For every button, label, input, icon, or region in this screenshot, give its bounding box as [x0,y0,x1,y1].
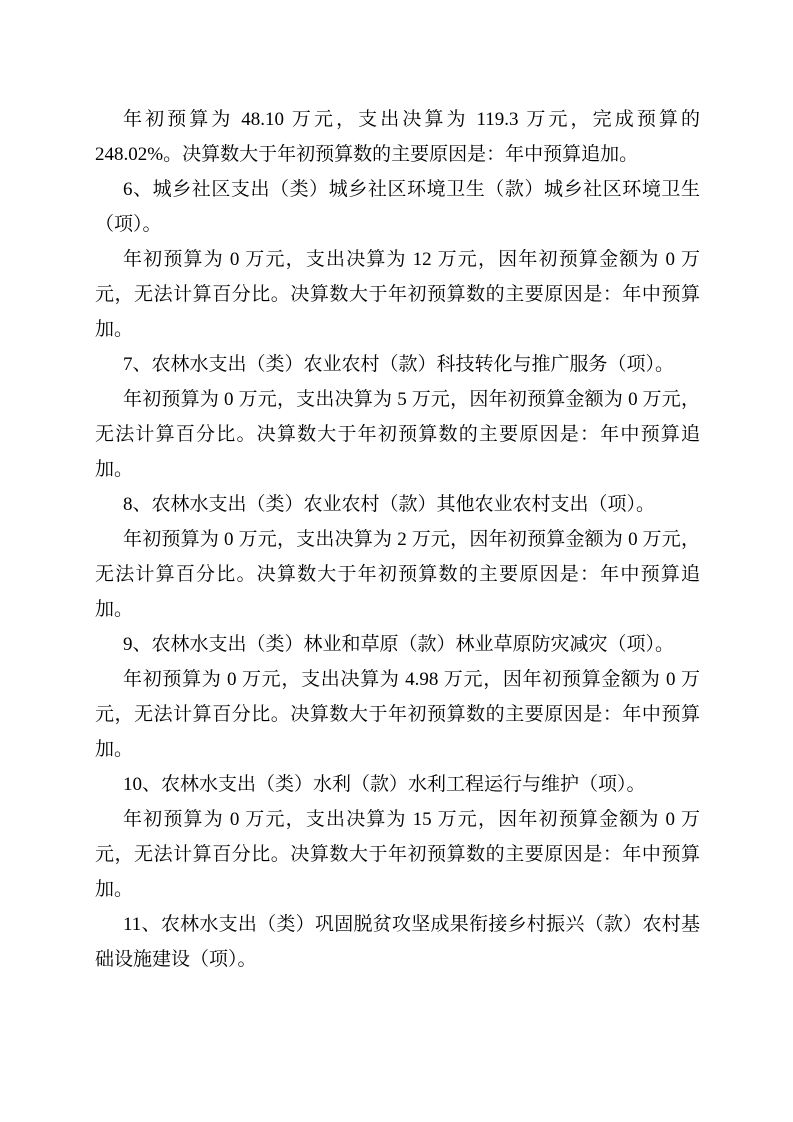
text-line: 元，无法计算百分比。决算数大于年初预算数的主要原因是：年中预算追 [95,697,700,732]
body-paragraph: 年初预算为 0 万元，支出决算为 4.98 万元，因年初预算金额为 0 万元，无… [95,662,700,767]
body-paragraph: 年初预算为 48.10 万元，支出决算为 119.3 万元，完成预算的248.0… [95,102,700,172]
text-line: 9、农林水支出（类）林业和草原（款）林业草原防灾减灾（项）。 [95,627,700,662]
body-paragraph: 年初预算为 0 万元，支出决算为 2 万元，因年初预算金额为 0 万元，无法计算… [95,522,700,627]
text-line: 元，无法计算百分比。决算数大于年初预算数的主要原因是：年中预算追 [95,837,700,872]
text-line: 7、农林水支出（类）农业农村（款）科技转化与推广服务（项）。 [95,347,700,382]
text-line: （项）。 [95,207,700,242]
text-line: 年初预算为 48.10 万元，支出决算为 119.3 万元，完成预算的 [95,102,700,137]
text-line: 年初预算为 0 万元，支出决算为 4.98 万元，因年初预算金额为 0 万 [95,662,700,697]
text-line: 加。 [95,592,700,627]
text-line: 础设施建设（项）。 [95,942,700,977]
text-line: 11、农林水支出（类）巩固脱贫攻坚成果衔接乡村振兴（款）农村基 [95,907,700,942]
text-line: 8、农林水支出（类）农业农村（款）其他农业农村支出（项）。 [95,487,700,522]
section-heading-paragraph: 11、农林水支出（类）巩固脱贫攻坚成果衔接乡村振兴（款）农村基础设施建设（项）。 [95,907,700,977]
text-line: 加。 [95,312,700,347]
section-heading-paragraph: 9、农林水支出（类）林业和草原（款）林业草原防灾减灾（项）。 [95,627,700,662]
section-heading-paragraph: 8、农林水支出（类）农业农村（款）其他农业农村支出（项）。 [95,487,700,522]
text-line: 年初预算为 0 万元，支出决算为 5 万元，因年初预算金额为 0 万元， [95,382,700,417]
text-line: 年初预算为 0 万元，支出决算为 12 万元，因年初预算金额为 0 万 [95,242,700,277]
text-line: 年初预算为 0 万元，支出决算为 15 万元，因年初预算金额为 0 万 [95,802,700,837]
text-line: 加。 [95,452,700,487]
section-heading-paragraph: 7、农林水支出（类）农业农村（款）科技转化与推广服务（项）。 [95,347,700,382]
text-line: 加。 [95,872,700,907]
text-line: 6、城乡社区支出（类）城乡社区环境卫生（款）城乡社区环境卫生 [95,172,700,207]
document-page: 年初预算为 48.10 万元，支出决算为 119.3 万元，完成预算的248.0… [0,0,793,1122]
body-paragraph: 年初预算为 0 万元，支出决算为 15 万元，因年初预算金额为 0 万元，无法计… [95,802,700,907]
body-paragraph: 年初预算为 0 万元，支出决算为 5 万元，因年初预算金额为 0 万元，无法计算… [95,382,700,487]
text-line: 10、农林水支出（类）水利（款）水利工程运行与维护（项）。 [95,767,700,802]
text-line: 248.02%。决算数大于年初预算数的主要原因是：年中预算追加。 [95,137,700,172]
document-text-body: 年初预算为 48.10 万元，支出决算为 119.3 万元，完成预算的248.0… [95,102,700,977]
text-line: 无法计算百分比。决算数大于年初预算数的主要原因是：年中预算追 [95,417,700,452]
text-line: 年初预算为 0 万元，支出决算为 2 万元，因年初预算金额为 0 万元， [95,522,700,557]
text-line: 元，无法计算百分比。决算数大于年初预算数的主要原因是：年中预算追 [95,277,700,312]
text-line: 加。 [95,732,700,767]
section-heading-paragraph: 6、城乡社区支出（类）城乡社区环境卫生（款）城乡社区环境卫生（项）。 [95,172,700,242]
body-paragraph: 年初预算为 0 万元，支出决算为 12 万元，因年初预算金额为 0 万元，无法计… [95,242,700,347]
section-heading-paragraph: 10、农林水支出（类）水利（款）水利工程运行与维护（项）。 [95,767,700,802]
text-line: 无法计算百分比。决算数大于年初预算数的主要原因是：年中预算追 [95,557,700,592]
